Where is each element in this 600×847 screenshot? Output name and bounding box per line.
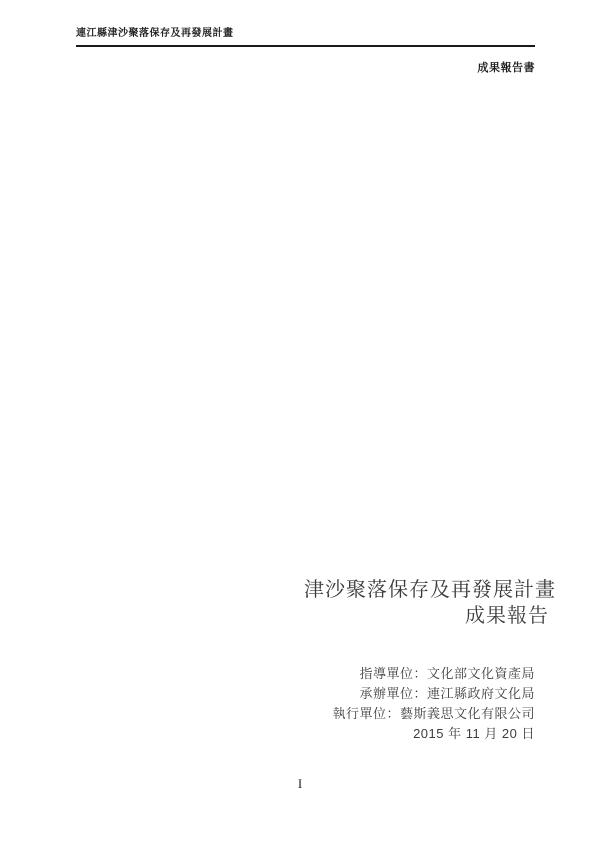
credit-line-advisor: 指導單位：文化部文化資產局 — [332, 664, 535, 684]
page-header: 連江縣津沙聚落保存及再發展計畫 — [76, 28, 535, 47]
document-page: 連江縣津沙聚落保存及再發展計畫 成果報告書 津沙聚落保存及再發展計畫 成果報告 … — [0, 0, 600, 847]
report-subtitle: 成果報告 — [304, 603, 549, 629]
credit-line-organizer: 承辦單位：連江縣政府文化局 — [332, 684, 535, 704]
credits-block: 指導單位：文化部文化資產局 承辦單位：連江縣政府文化局 執行單位：藝斯義思文化有… — [332, 664, 535, 744]
report-title: 津沙聚落保存及再發展計畫 — [304, 577, 556, 603]
title-block: 津沙聚落保存及再發展計畫 成果報告 — [304, 577, 556, 629]
credit-line-executor: 執行單位：藝斯義思文化有限公司 — [332, 704, 535, 724]
report-date: 2015 年 11 月 20 日 — [332, 724, 535, 744]
doc-type-label: 成果報告書 — [478, 59, 536, 75]
running-title: 連江縣津沙聚落保存及再發展計畫 — [76, 28, 535, 40]
page-number: I — [0, 776, 600, 792]
